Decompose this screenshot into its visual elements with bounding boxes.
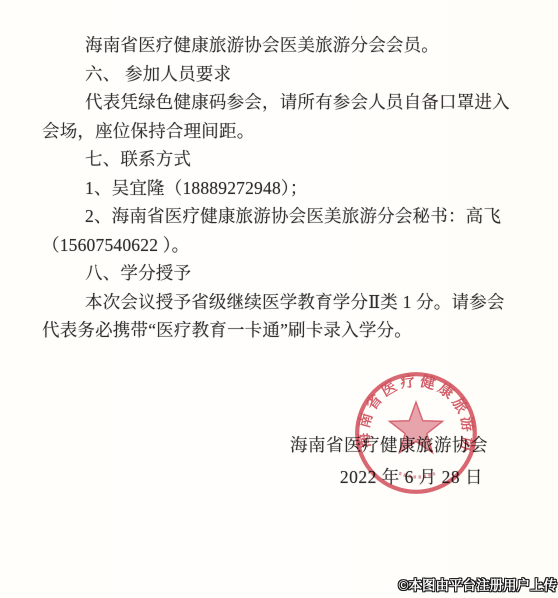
document-line: 本次会议授予省级继续医学教育学分Ⅱ类 1 分。请参会 [42,288,502,317]
contact-item-1: 1、吴宜隆（18889272948）； [42,174,502,203]
platform-upload-watermark: ©本图由平台注册用户上传 [399,577,557,595]
document-line: 会场，座位保持合理间距。 [42,117,502,146]
contact-item-2-continued: （15607540622 ）。 [42,231,502,260]
scanned-notice-document: 海南省医疗健康旅游协会医美旅游分会会员。 六、 参加人员要求 代表凭绿色健康码参… [0,0,558,598]
official-red-seal: 海南省医疗健康旅游协会 [352,369,480,497]
contact-item-2: 2、海南省医疗健康旅游协会医美旅游分会秘书：高飞 [42,202,502,231]
section-heading-6: 六、 参加人员要求 [42,60,502,89]
document-body: 海南省医疗健康旅游协会医美旅游分会会员。 六、 参加人员要求 代表凭绿色健康码参… [42,31,502,345]
document-line: 海南省医疗健康旅游协会医美旅游分会会员。 [42,31,502,60]
section-heading-8: 八、学分授予 [42,259,502,288]
seal-bottom-marks [399,473,435,477]
star-icon [389,402,442,453]
document-line: 代表凭绿色健康码参会，请所有参会人员自备口罩进入 [42,88,502,117]
document-line: 代表务必携带“医疗教育一卡通”刷卡录入学分。 [42,316,502,345]
section-heading-7: 七、联系方式 [42,145,502,174]
